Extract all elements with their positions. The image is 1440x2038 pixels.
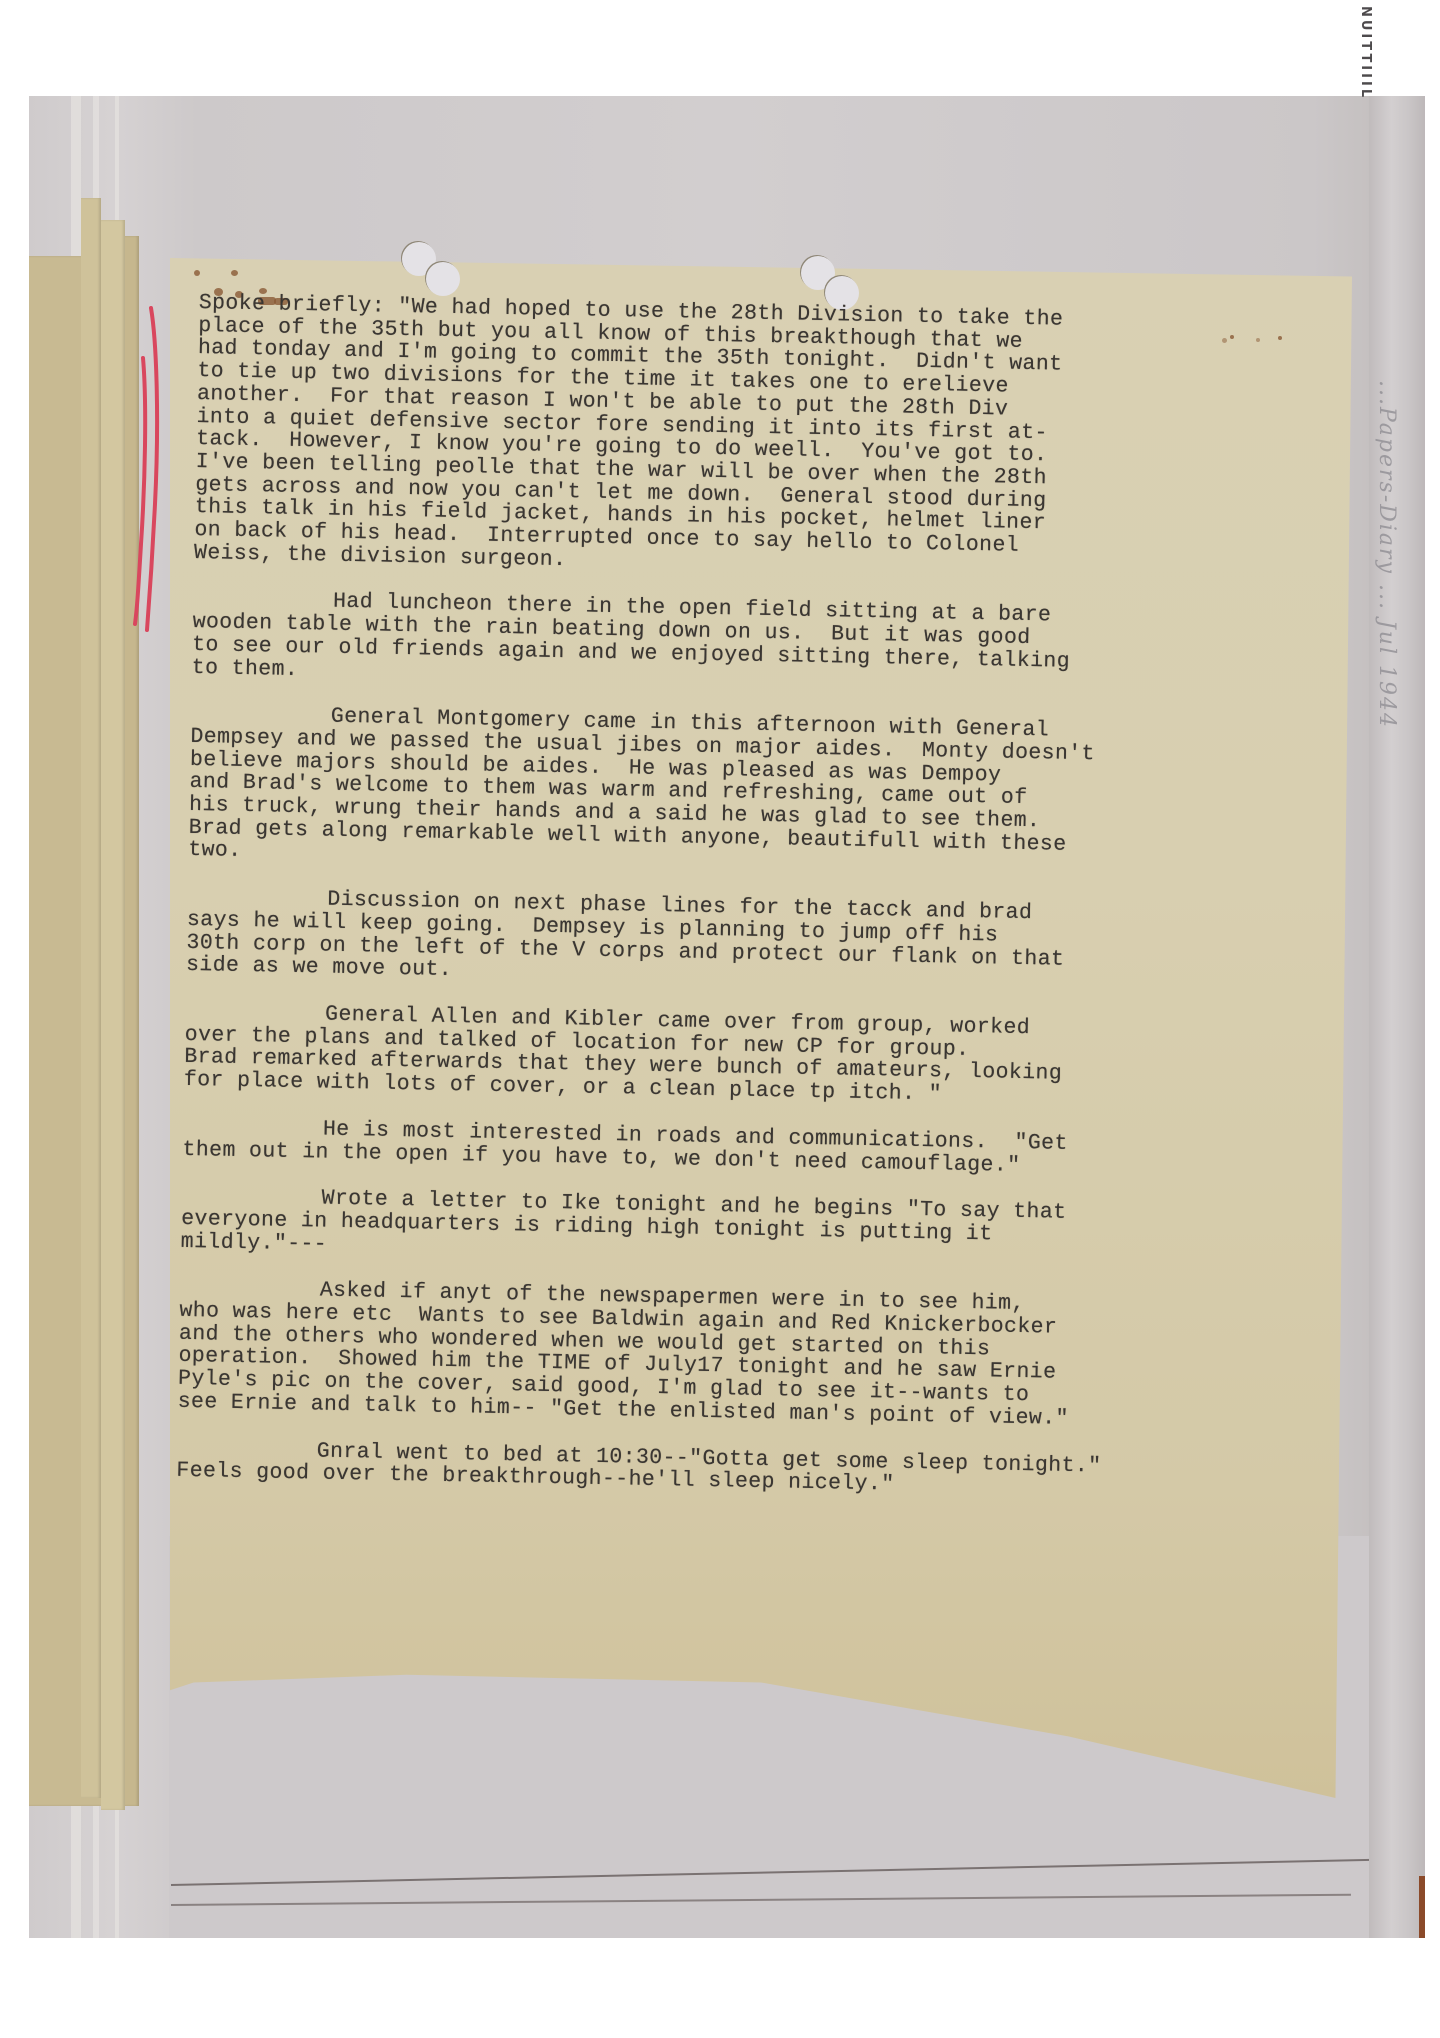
margin-pencil-note: ...Papers-Diary ... Jul 1944	[1374, 380, 1399, 729]
archive-strip-label: NUITTIIIL	[1358, 6, 1373, 100]
paragraph-bedtime: Gnral went to bed at 10:30--"Gotta get s…	[176, 1437, 1177, 1502]
hole-punch	[402, 242, 466, 300]
paragraph-letter-to-ike: Wrote a letter to Ike tonight and he beg…	[181, 1185, 1182, 1272]
underlying-sheet	[81, 198, 101, 1798]
ink-speck	[231, 270, 238, 276]
paragraph-phase-lines: Discussion on next phase lines for the t…	[186, 886, 1188, 996]
ink-speck	[194, 270, 200, 276]
paragraph-newspapermen: Asked if anyt of the newspapermen were i…	[177, 1277, 1179, 1432]
edge-mark	[1419, 1876, 1425, 1938]
paragraph-roads-communications: He is most interested in roads and commu…	[182, 1116, 1183, 1181]
paragraph-montgomery-visit: General Montgomery came in this afternoo…	[188, 703, 1191, 881]
ink-speck	[1222, 338, 1227, 343]
paragraph-allen-kibler: General Allen and Kibler came over from …	[184, 1001, 1186, 1111]
ink-speck	[1256, 338, 1260, 342]
document-photograph: Spoke briefly: "We had hoped to use the …	[29, 96, 1425, 1938]
red-pencil-margin-mark	[117, 304, 177, 634]
diary-entry-text: Spoke briefly: "We had hoped to use the …	[176, 292, 1199, 1526]
ink-speck	[1278, 336, 1282, 340]
paragraph-luncheon: Had luncheon there in the open field sit…	[192, 588, 1194, 698]
ink-speck	[1230, 335, 1234, 339]
paragraph-spoke-briefly: Spoke briefly: "We had hoped to use the …	[194, 292, 1199, 584]
archive-side-strip	[1369, 96, 1425, 1938]
